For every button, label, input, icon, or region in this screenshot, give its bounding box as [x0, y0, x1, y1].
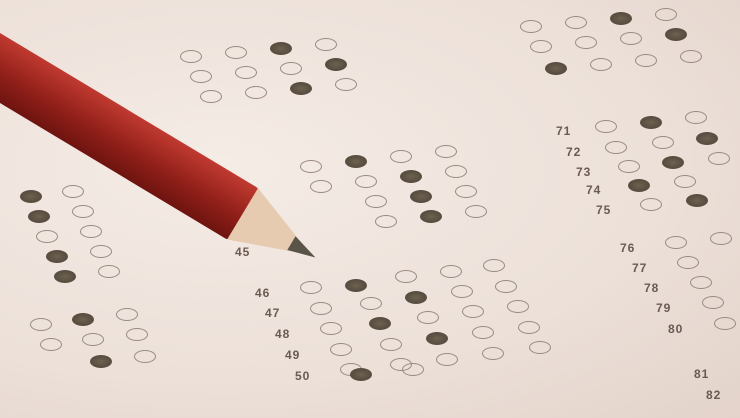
question-number: 49 [285, 348, 300, 362]
question-number: 74 [586, 183, 601, 197]
question-number: 80 [668, 322, 683, 336]
answer-sheet-photo: 45 46 47 48 49 50 71 72 73 74 75 76 77 7… [0, 0, 740, 418]
question-number: 71 [556, 124, 571, 138]
question-number: 48 [275, 327, 290, 341]
question-number: 77 [632, 261, 647, 275]
question-number: 50 [295, 369, 310, 383]
question-number: 79 [656, 301, 671, 315]
question-number: 76 [620, 241, 635, 255]
question-number: 75 [596, 203, 611, 217]
question-number: 72 [566, 145, 581, 159]
question-number: 81 [694, 367, 709, 381]
question-number: 47 [265, 306, 280, 320]
question-number: 78 [644, 281, 659, 295]
question-number: 82 [706, 388, 721, 402]
question-number: 45 [235, 245, 250, 259]
question-number: 46 [255, 286, 270, 300]
question-number: 73 [576, 165, 591, 179]
